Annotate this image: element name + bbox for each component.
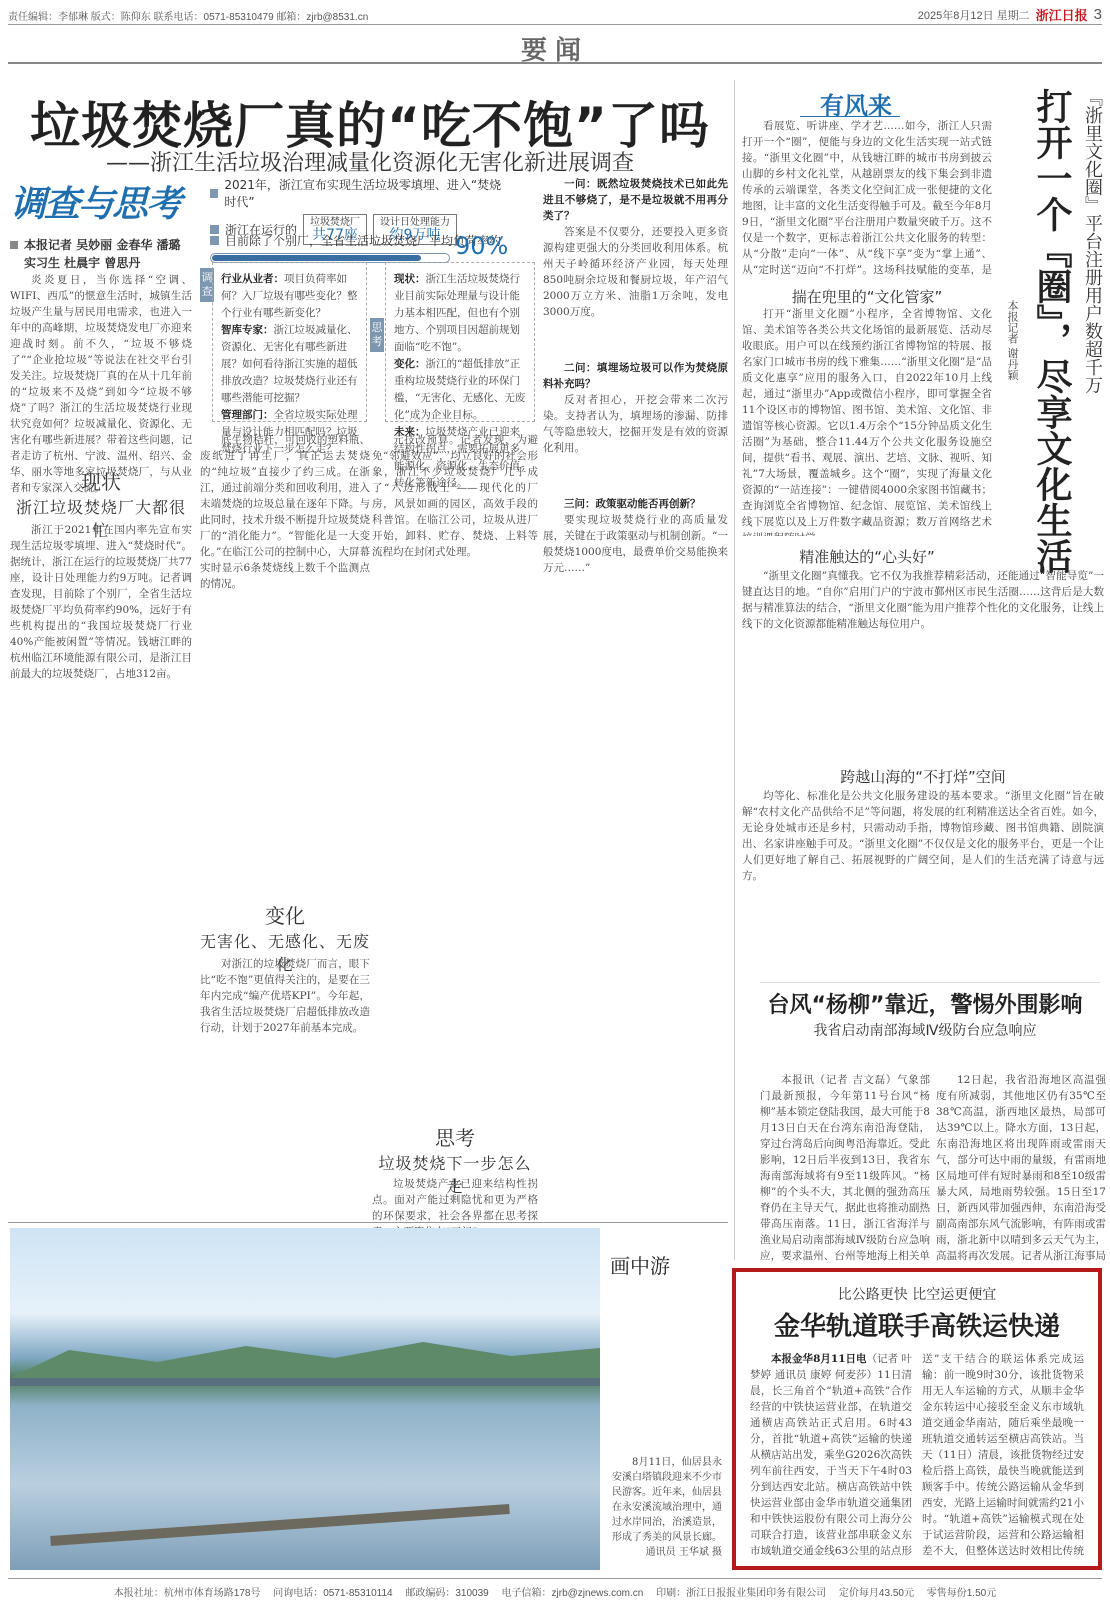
col3-body: 元技改预算。记者发现，为避免“邻避效应”，均立良好的社会形象，浙江不少垃圾焚烧厂… xyxy=(372,432,538,1122)
right-sub2-body: “浙里文化圈”真懂我。它不仅为我推荐精彩活动，还能通过“智能导览”一键直达目的地… xyxy=(742,568,1104,758)
main-intro: 炎炎夏日，当你选择“空调、WIFI、西瓜”的惬意生活时，城镇生活垃圾产生量与居民… xyxy=(10,272,192,496)
square-bullet-icon xyxy=(210,236,219,245)
section-change-body: 对浙江的垃圾焚烧厂而言，眼下比“吃不饱”更值得关注的，是要在三年内完成“编产优塔… xyxy=(200,956,370,1212)
news-photo-river xyxy=(10,1228,600,1570)
masthead-right: 2025年8月12日 星期二 浙江日报 3 xyxy=(918,5,1102,24)
questions-box: 行业从业者：项目负荷率如何？入厂垃圾有哪些变化？整个行业有哪些新变化？ 智库专家… xyxy=(212,262,367,422)
stepping-stones-shape xyxy=(50,1504,510,1546)
photo-divider xyxy=(8,1222,728,1223)
progress-fill xyxy=(212,255,421,261)
bridge-shape xyxy=(10,1378,600,1386)
express-col2: 送”支干结合的联运体系完成运输：前一晚9时30分，该批货物采用无人车运输的方式，… xyxy=(922,1351,1084,1561)
masthead-editor-info: 责任编辑：李郁琳 版式：陈仰东 联系电话：0571-85310479 邮箱：zj… xyxy=(8,8,368,23)
typhoon-subhead: 我省启动南部海域Ⅳ级防台应急响应 xyxy=(740,1020,1110,1040)
photo-title: 画中游 xyxy=(610,1250,670,1279)
right-sub3: 跨越山海的“不打烊”空间 xyxy=(742,766,1104,787)
right-byline: 本报记者 谢丹颖 xyxy=(1000,300,1020,381)
right-headline: 打开一个『圈』，尽享文化生活 xyxy=(1030,88,1070,574)
column-logo: 调查与思考 xyxy=(10,176,180,226)
typhoon-col1: 本报讯（记者 吉文磊）气象部门最新预报，今年第11号台风“杨柳”基本锁定登陆我国… xyxy=(760,1072,930,1262)
right-sub2: 精准触达的“心头好” xyxy=(742,546,992,567)
issue-date: 2025年8月12日 星期二 xyxy=(918,7,1030,23)
column-divider xyxy=(734,80,735,1260)
footer-divider xyxy=(8,1578,1102,1579)
section-divider xyxy=(8,62,1102,64)
main-subhead: ——浙江生活垃圾治理减量化资源化无害化新进展调查 xyxy=(0,146,740,177)
photo-caption: 8月11日，仙居县永安溪白塔镇段迎来不少市民游客。近年来，仙居县在永安溪流域治理… xyxy=(612,1455,722,1560)
express-col1: 本报金华8月11日电（记者 叶梦婷 通讯员 康婷 何麦莎）11日清晨，长三角首个… xyxy=(750,1351,912,1561)
typhoon-headline: 台风“杨柳”靠近，警惕外围影响 xyxy=(740,988,1110,1019)
express-story-box: 比公路更快 比空运更便宜 金华轨道联手高铁运快递 本报金华8月11日电（记者 叶… xyxy=(732,1268,1102,1570)
load-rate-value: 90% xyxy=(455,232,508,260)
page-number: 3 xyxy=(1094,6,1102,23)
header-divider xyxy=(8,24,1102,25)
right-subhead: 『浙里文化圈』平台注册用户数超千万 xyxy=(1072,88,1102,394)
right-sub1-body: 打开“浙里文化圈”小程序，全省博物馆、文化馆、美术馆等各类公共文化场馆的最新展览… xyxy=(742,306,992,536)
col2-body: 底生物秸秆，可回收的塑料瓶、废纸进了再生厂，真正运去焚烧的“纯垃圾”直接少了约三… xyxy=(200,432,370,872)
square-bullet-icon xyxy=(10,241,18,249)
right-intro: 看展览、听讲座、学才艺……如今，浙江人只需打开一个“圈”，便能与身边的文化生活实… xyxy=(742,118,992,280)
typhoon-col2: 12日起，我省沿海地区高温强度有所减弱，其他地区仍有35℃至38℃高温，浙西地区… xyxy=(936,1072,1106,1262)
right-sub1: 揣在兜里的“文化管家” xyxy=(742,286,992,307)
tag-think: 思考 xyxy=(370,318,384,352)
typhoon-divider xyxy=(760,982,1100,983)
square-bullet-icon xyxy=(210,189,218,198)
main-byline: 本报记者 吴妙丽 金春华 潘璐 实习生 杜晨宇 曾思丹 xyxy=(10,236,190,272)
mountain-shape xyxy=(10,1338,600,1378)
column-underline xyxy=(800,116,900,117)
answers-box: 现状：浙江生活垃圾焚烧行业目前实际处理量与设计能力基本相匹配，但也有个别地方、个… xyxy=(385,262,535,422)
col4: 一问：既然垃圾焚烧技术已如此先进且不够烧了，是不是垃圾就不用再分类了？ 答案是不… xyxy=(543,176,728,1216)
footer: 本报社址：杭州市体育场路178号 问询电话：0571-85310114 邮政编码… xyxy=(0,1584,1110,1599)
right-sub3-body: 均等化、标准化是公共文化服务建设的基本要求。“浙里文化圈”旨在破解“农村文化产品… xyxy=(742,788,1104,978)
paper-logo: 浙江日报 xyxy=(1036,5,1088,24)
